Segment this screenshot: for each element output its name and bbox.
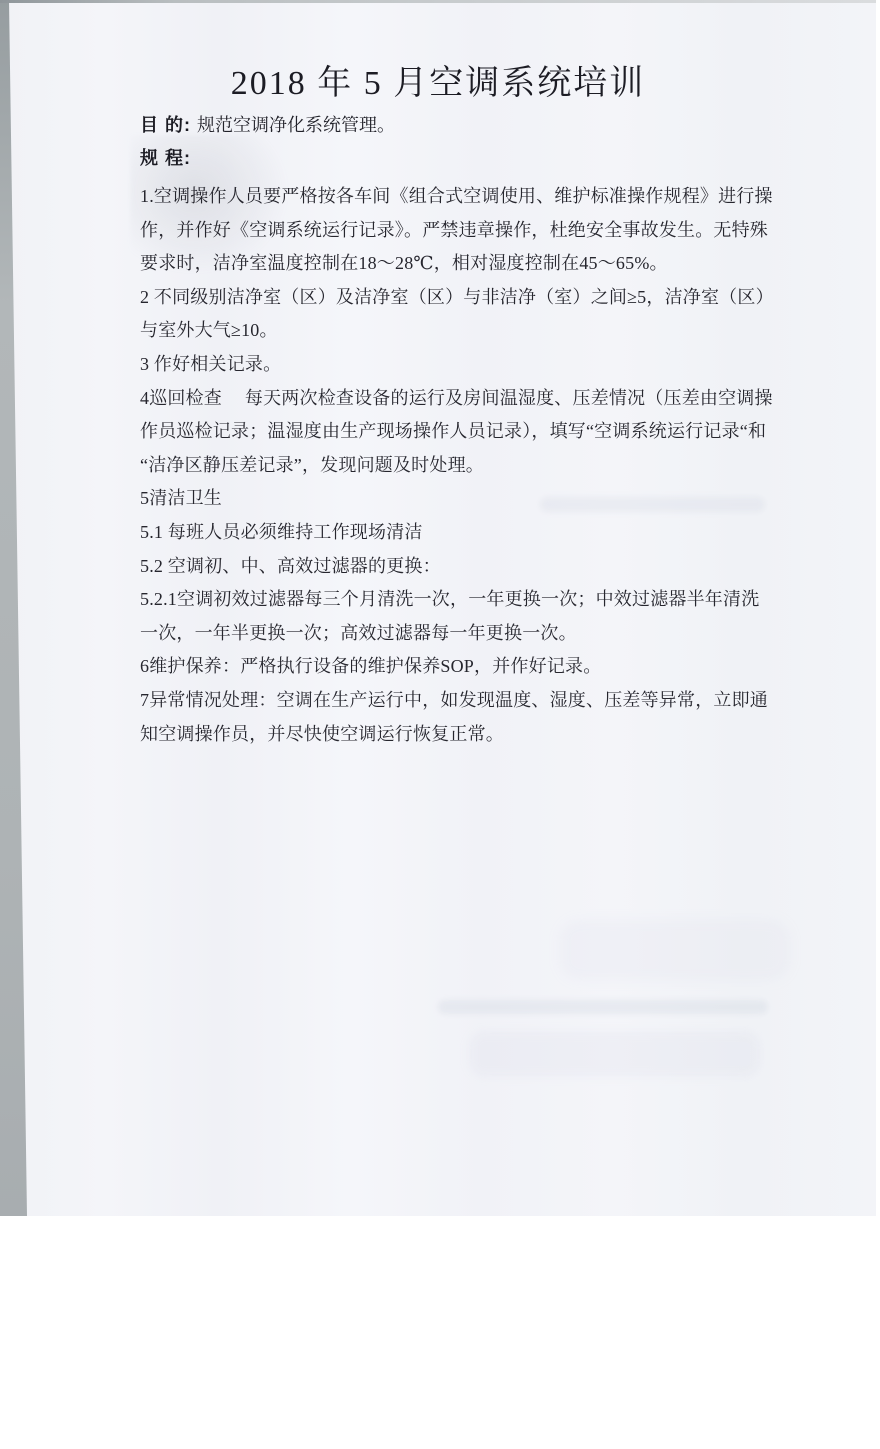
purpose-label: 目 的: xyxy=(140,115,191,135)
document-meta: 目 的:规范空调净化系统管理。 规 程: xyxy=(140,109,395,175)
document-title: 2018 年 5 月空调系统培训 xyxy=(0,62,876,106)
document-line: 作员巡检记录；温湿度由生产现场操作人员记录），填写“空调系统运行记录“和 xyxy=(140,415,774,449)
document-line: 5清洁卫生 xyxy=(140,482,774,516)
document-line: 6维护保养：严格执行设备的维护保养SOP，并作好记录。 xyxy=(140,650,774,684)
procedure-line: 规 程: xyxy=(140,142,395,175)
document-line: 4巡回检查 每天两次检查设备的运行及房间温湿度、压差情况（压差由空调操 xyxy=(140,382,774,416)
document-body: 1.空调操作人员要严格按各车间《组合式空调使用、维护标准操作规程》进行操 作，并… xyxy=(140,180,774,751)
scan-left-edge xyxy=(0,0,28,1216)
document-line: 一次，一年半更换一次；高效过滤器每一年更换一次。 xyxy=(140,617,774,651)
document-line: 要求时，洁净室温度控制在18～28℃，相对湿度控制在45～65%。 xyxy=(140,247,774,281)
document-line: “洁净区静压差记录”，发现问题及时处理。 xyxy=(140,449,774,483)
document-line: 5.2 空调初、中、高效过滤器的更换： xyxy=(140,550,774,584)
bleed-through-smudge xyxy=(438,1000,768,1014)
document-line: 5.1 每班人员必须维持工作现场清洁 xyxy=(140,516,774,550)
document-line: 1.空调操作人员要严格按各车间《组合式空调使用、维护标准操作规程》进行操 xyxy=(140,180,774,214)
scan-top-edge xyxy=(0,0,876,3)
document-line: 知空调操作员，并尽快使空调运行恢复正常。 xyxy=(140,718,774,752)
bleed-through-smudge xyxy=(560,920,790,980)
document-line: 3 作好相关记录。 xyxy=(140,348,774,382)
document-line: 7异常情况处理：空调在生产运行中，如发现温度、湿度、压差等异常，立即通 xyxy=(140,684,774,718)
purpose-text: 规范空调净化系统管理。 xyxy=(197,115,395,135)
document-line: 与室外大气≥10。 xyxy=(140,314,774,348)
document-line: 作，并作好《空调系统运行记录》。严禁违章操作，杜绝安全事故发生。无特殊 xyxy=(140,214,774,248)
scanned-page: 2018 年 5 月空调系统培训 目 的:规范空调净化系统管理。 规 程: 1.… xyxy=(0,0,876,1216)
document-line: 2 不同级别洁净室（区）及洁净室（区）与非洁净（室）之间≥5，洁净室（区） xyxy=(140,281,774,315)
procedure-label: 规 程: xyxy=(140,148,191,168)
bleed-through-smudge xyxy=(470,1032,760,1076)
purpose-line: 目 的:规范空调净化系统管理。 xyxy=(140,109,395,142)
document-line: 5.2.1空调初效过滤器每三个月清洗一次，一年更换一次；中效过滤器半年清洗 xyxy=(140,583,774,617)
